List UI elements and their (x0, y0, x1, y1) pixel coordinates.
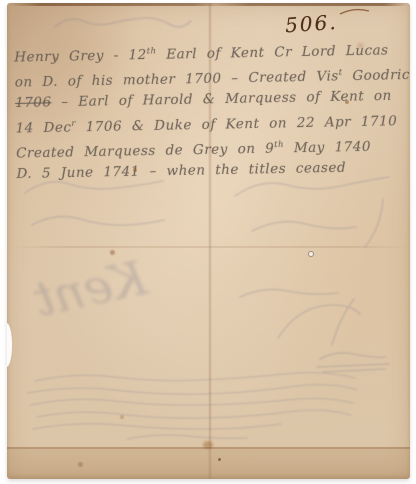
foxing-spot (78, 462, 83, 467)
pinhole (309, 252, 313, 256)
page-number-label: 506. (284, 9, 356, 38)
scan-background: { "document": { "page_number": "506.", "… (0, 0, 416, 484)
stain-spot (357, 43, 364, 48)
foxing-spot (133, 168, 137, 172)
foxing-spot (218, 458, 221, 461)
foxing-spot (345, 100, 349, 104)
handwriting-lines: Henry Grey - 12th Earl of Kent Cr Lord L… (14, 35, 409, 184)
foxing-spot (110, 250, 115, 255)
manuscript-page: Kent 506. Henry Grey - 12th Earl of Kent… (7, 3, 410, 479)
bleedthrough-word-kent: Kent (28, 250, 152, 329)
foxing-spot (120, 415, 124, 419)
stain-spot (203, 441, 213, 449)
horizontal-fold-crease (7, 246, 410, 248)
bottom-fold-band (7, 449, 410, 479)
foxing-spot (55, 57, 58, 60)
